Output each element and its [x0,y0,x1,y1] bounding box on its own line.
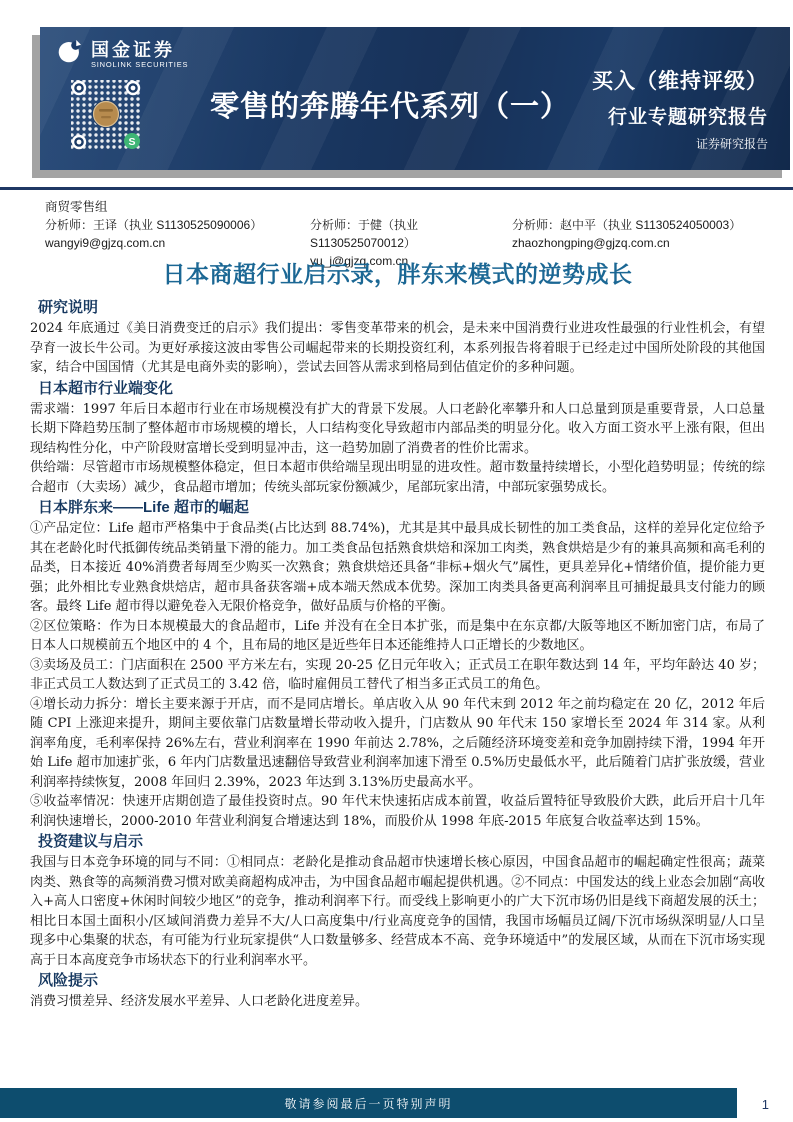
section-investment-advice: 投资建议与启示 我国与日本竞争环境的同与不同：①相同点：老龄化是推动食品超市快速… [30,832,765,970]
section-heading: 研究说明 [38,298,765,318]
section-paragraph: 2024 年底通过《美日消费变迁的启示》我们提出：零售变革带来的机会，是未来中国… [30,319,765,378]
svg-text:S: S [128,136,135,148]
analyst-3-title: 分析师：赵中平（执业 S1130524050003） [512,216,773,234]
brand-block: 国金证券 SINOLINK SECURITIES [56,38,188,70]
section-paragraph: 供给端：尽管超市市场规模整体稳定，但日本超市供给端呈现出明显的进攻性。超市数量持… [30,458,765,497]
section-heading: 投资建议与启示 [38,832,765,852]
section-paragraph: 我国与日本竞争环境的同与不同：①相同点：老龄化是推动食品超市快速增长核心原因，中… [30,853,765,970]
section-japan-supermarket-industry: 日本超市行业端变化 需求端：1997 年后日本超市行业在市场规模没有扩大的背景下… [30,379,765,498]
report-page: 国金证券 SINOLINK SECURITIES [0,0,793,1122]
sinolink-logo-icon [56,38,83,70]
analyst-1-title: 分析师：王译（执业 S1130525090006） [45,216,310,234]
section-heading: 风险提示 [38,971,765,991]
header-right-block: 买入（维持评级） 行业专题研究报告 证券研究报告 [592,65,768,152]
analyst-1-email: wangyi9@gjzq.com.cn [45,234,310,252]
section-paragraph: 消费习惯差异、经济发展水平差异、人口老龄化进度差异。 [30,992,765,1012]
section-paragraph: ③卖场及员工：门店面积在 2500 平方米左右，实现 20-25 亿日元年收入；… [30,656,765,695]
series-title: 零售的奔腾年代系列（一） [210,84,560,125]
section-heading: 日本超市行业端变化 [38,379,765,399]
section-paragraph: ②区位策略：作为日本规模最大的食品超市，Life 并没有在全日本扩张，而是集中在… [30,617,765,656]
section-life-supermarket: 日本胖东来——Life 超市的崛起 ①产品定位：Life 超市严格集中于食品类(… [30,498,765,831]
section-paragraph: ①产品定位：Life 超市严格集中于食品类(占比达到 88.74%)，尤其是其中… [30,519,765,617]
report-type-label: 行业专题研究报告 [592,102,768,129]
section-paragraph: 需求端：1997 年后日本超市行业在市场规模没有扩大的背景下发展。人口老龄化率攀… [30,400,765,459]
footer-disclaimer: 敬请参阅最后一页特别声明 [284,1095,452,1112]
page-number: 1 [762,1097,769,1112]
analyst-group-name: 商贸零售组 [45,198,773,216]
header-separator-line [0,187,793,190]
page-title: 日本商超行业启示录，胖东来模式的逆势成长 [30,256,765,289]
report-category-label: 证券研究报告 [592,135,768,152]
analyst-2-title: 分析师：于健（执业 S1130525070012） [310,216,512,252]
section-research-note: 研究说明 2024 年底通过《美日消费变迁的启示》我们提出：零售变革带来的机会，… [30,298,765,378]
rating-badge: 买入（维持评级） [592,65,768,95]
analyst-3-email: zhaozhongping@gjzq.com.cn [512,234,773,252]
section-paragraph: ⑤收益率情况：快速开店期创造了最佳投资时点。90 年代末快速拓店成本前置，收益后… [30,792,765,831]
section-heading: 日本胖东来——Life 超市的崛起 [38,498,765,518]
footer-disclaimer-bar: 敬请参阅最后一页特别声明 [0,1088,737,1118]
brand-name-cn: 国金证券 [91,40,188,60]
section-risk-warning: 风险提示 消费习惯差异、经济发展水平差异、人口老龄化进度差异。 [30,971,765,1012]
brand-name-en: SINOLINK SECURITIES [91,60,188,69]
report-body: 日本商超行业启示录，胖东来模式的逆势成长 研究说明 2024 年底通过《美日消费… [30,256,765,1012]
wechat-qr-code-icon: S [69,78,143,152]
header-banner: 国金证券 SINOLINK SECURITIES [40,27,790,170]
section-paragraph: ④增长动力拆分：增长主要来源于开店，而不是同店增长。单店收入从 90 年代末到 … [30,695,765,793]
